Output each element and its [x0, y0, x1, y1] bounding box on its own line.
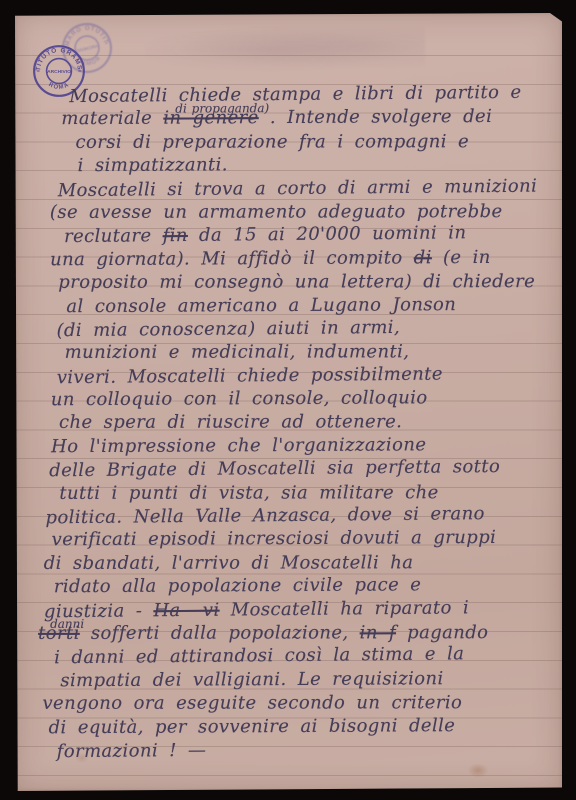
stamp-top-text: ISTITUTO GRAMSCI [32, 44, 83, 71]
manuscript-line: (di mia conoscenza) aiuti in armi, [15, 314, 562, 343]
struck-text: Ha vi [153, 599, 219, 621]
handwritten-text: (di mia conoscenza) aiuti in armi, [56, 317, 400, 341]
manuscript-line: proposito mi consegnò una lettera) di ch… [15, 270, 561, 294]
manuscript-line: materiale in generedi propaganda) . Inte… [15, 105, 560, 131]
manuscript-line: un colloquio con il console, colloquio [15, 386, 562, 412]
handwritten-text: Moscatelli si trova a corto di armi e mu… [58, 175, 538, 201]
manuscript-line: simpatia dei valligiani. Le requisizioni [16, 666, 562, 692]
handwritten-text: da 15 ai 20'000 uomini in [188, 223, 467, 247]
struck-text: in f [360, 622, 396, 643]
ink-bleed-smudge [145, 27, 425, 73]
stain-spot [467, 763, 489, 778]
handwritten-text: i simpatizzanti. [78, 154, 228, 176]
handwritten-text: reclutare [64, 226, 163, 248]
manuscript-line: formazioni ! — [17, 735, 562, 764]
handwritten-text: una giornata). Mi affidò il compito [50, 247, 414, 270]
manuscript-line: Moscatelli si trova a corto di armi e mu… [15, 174, 561, 203]
photo-background: ISTITUTO GRAMSCI ROMA ARCHIVIO ISTITUTO [0, 0, 576, 800]
handwritten-text: di sbandati, l'arrivo di Moscatelli ha [44, 552, 414, 574]
handwritten-text: Moscatelli chiede stampa e libri di part… [69, 82, 521, 107]
inserted-correction: di propaganda) [175, 97, 269, 121]
handwritten-text: vengono ora eseguite secondo un criterio [42, 692, 462, 714]
paper: ISTITUTO GRAMSCI ROMA ARCHIVIO ISTITUTO [15, 13, 562, 791]
manuscript-line: che spera di riuscire ad ottenere. [15, 410, 562, 434]
handwritten-text: proposito mi consegnò una lettera) di ch… [58, 271, 535, 293]
manuscript-line: corsi di preparazione fra i compagni e [15, 130, 561, 154]
handwritten-text: al console americano a Lugano Jonson [66, 294, 456, 317]
manuscript-line: ridato alla popolazione civile pace e [16, 573, 562, 599]
manuscript-line: vengono ora eseguite secondo un criterio [16, 691, 562, 715]
manuscript-line: verificati episodi incresciosi dovuti a … [16, 526, 562, 552]
handwritten-text: munizioni e medicinali, indumenti, [65, 342, 410, 364]
handwritten-text: sofferti dalla popolazione, [80, 622, 360, 643]
handwritten-text: che spera di riuscire ad ottenere. [59, 412, 402, 434]
handwritten-text: materiale [61, 108, 163, 130]
handwritten-text: (e in [432, 247, 491, 268]
manuscript-line: una giornata). Mi affidò il compito di (… [15, 245, 561, 271]
handwritten-text: politica. Nella Valle Anzasca, dove si e… [45, 503, 485, 528]
struck-text: fin [163, 225, 188, 246]
handwritten-text: i danni ed attirandosi così la stima e l… [54, 644, 464, 669]
inserted-correction: danni [50, 613, 84, 636]
handwritten-text: pagando [396, 622, 488, 643]
stain-spot [75, 753, 89, 763]
handwritten-text: verificati episodi incresciosi dovuti a … [52, 527, 497, 550]
struck-text: tortidanni [38, 623, 80, 644]
stamp-center-text: ARCHIVIO [47, 69, 71, 75]
struck-text: di [414, 247, 432, 268]
manuscript-line: munizioni e medicinali, indumenti, [15, 340, 562, 364]
handwritten-text: ridato alla popolazione civile pace e [54, 575, 422, 598]
handwritten-text: delle Brigate di Moscatelli sia perfetta… [49, 456, 500, 481]
handwritten-text: Ho l'impressione che l'organizzazione [51, 434, 426, 457]
manuscript-line: giustizia - Ha vi Moscatelli ha riparato… [16, 595, 562, 624]
manuscript: Moscatelli chiede stampa e libri di part… [15, 82, 562, 763]
struck-text: in generedi propaganda) [163, 108, 258, 129]
handwritten-text: tutti i punti di vista, sia militare che [59, 482, 438, 504]
manuscript-line: delle Brigate di Moscatelli sia perfetta… [15, 455, 562, 484]
svg-text:ISTITUTO GRAMSCI: ISTITUTO GRAMSCI [32, 44, 83, 71]
handwritten-text: di equità, per sovvenire ai bisogni dell… [49, 715, 456, 738]
manuscript-line: di sbandati, l'arrivo di Moscatelli ha [16, 551, 562, 575]
handwritten-text: . Intende svolgere dei [259, 106, 493, 128]
handwritten-text: corsi di preparazione fra i compagni e [76, 131, 470, 153]
manuscript-line: viveri. Moscatelli chiede possibilmente [15, 361, 562, 390]
handwritten-text: simpatia dei valligiani. Le requisizioni [60, 668, 443, 691]
handwritten-text: Moscatelli ha riparato i [219, 597, 469, 620]
handwritten-text: un colloquio con il console, colloquio [51, 387, 428, 410]
manuscript-line: i simpatizzanti. [15, 152, 561, 178]
handwritten-text: (se avesse un armamento adeguato potrebb… [50, 201, 503, 223]
handwritten-text: viveri. Moscatelli chiede possibilmente [57, 363, 443, 388]
